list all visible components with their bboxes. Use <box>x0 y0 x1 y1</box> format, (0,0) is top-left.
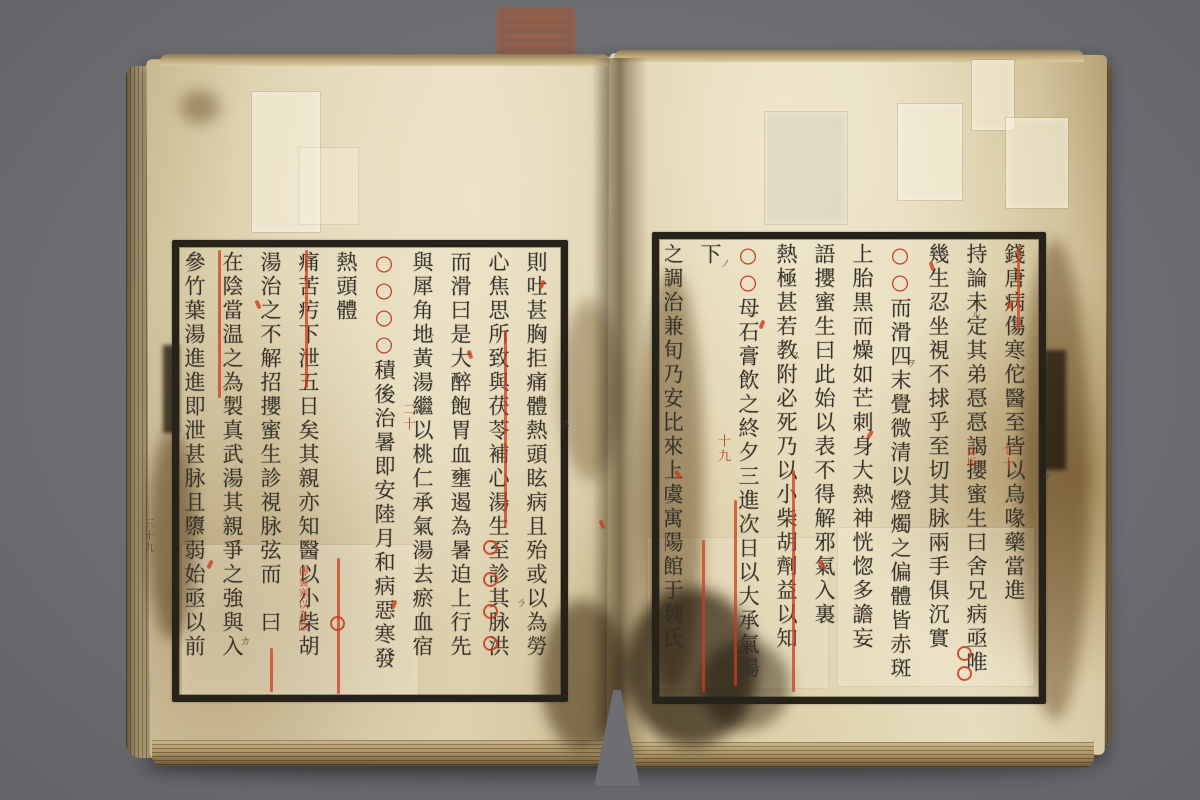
text-column: 語攖蜜生曰此始以表不得解邪氣入裏 <box>805 243 843 693</box>
kunten-gloss: ス <box>556 418 571 429</box>
vermilion-line <box>734 500 737 686</box>
left-page-text-frame: 則吐甚胸拒痛體熱頭眩病且殆或以為勞 心焦思所致與茯苓補心湯生至診其脉洪 而滑曰是… <box>172 240 568 702</box>
vermilion-line <box>1017 246 1020 330</box>
text-column: 幾生忍坐視不捄乎至切其脉兩手俱沉實 <box>919 243 957 693</box>
text-column: 湯治之不解招攖蜜生診視脉弦而𢚩曰 <box>251 251 289 691</box>
kunten-gloss: ス <box>786 350 801 361</box>
vermilion-line <box>792 470 795 692</box>
vermilion-line <box>305 250 308 388</box>
vermilion-circle <box>483 540 498 555</box>
repair-patch <box>765 112 847 224</box>
text-column: 而滑曰是大醉飽胃血壅遏為暑迫上行先 <box>441 251 479 691</box>
case-number-mark: 七十 <box>997 442 1016 472</box>
kunten-gloss: ラ <box>512 598 527 609</box>
text-column: 心焦思所致與茯苓補心湯生至診其脉洪 <box>479 251 517 691</box>
stain <box>180 90 220 124</box>
folio-number-on-fold: 三十九 <box>140 518 155 554</box>
vermilion-line <box>218 250 221 398</box>
vermilion-circle <box>330 616 345 631</box>
left-page-top-edge <box>160 54 610 66</box>
stain <box>560 300 620 480</box>
photograph-backdrop: 則吐甚胸拒痛體熱頭眩病且殆或以為勞 心焦思所致與茯苓補心湯生至診其脉洪 而滑曰是… <box>0 0 1200 800</box>
vermilion-circle <box>483 636 498 651</box>
red-gloss: 首坂 <box>962 446 977 468</box>
vermilion-line <box>270 648 273 692</box>
vermilion-line <box>504 330 507 526</box>
left-page-text-block: 則吐甚胸拒痛體熱頭眩病且殆或以為勞 心焦思所致與茯苓補心湯生至診其脉洪 而滑曰是… <box>185 251 555 691</box>
text-column: 則吐甚胸拒痛體熱頭眩病且殆或以為勞 <box>517 251 555 691</box>
left-page-bottom-edge <box>152 740 614 766</box>
kunten-gloss: ヘ <box>420 328 435 339</box>
case-number-mark: 二十 <box>398 402 417 432</box>
repair-patch <box>1006 118 1068 208</box>
repair-patch <box>300 148 358 224</box>
kunten-gloss: カ <box>236 636 251 647</box>
kunten-gloss: テ <box>1038 472 1053 483</box>
red-interlinear-gloss: 傳裏寒以為陰 <box>294 566 309 632</box>
vermilion-circle <box>957 646 972 661</box>
kunten-gloss: ノ <box>716 258 731 269</box>
vermilion-circle <box>483 572 498 587</box>
vermilion-circle <box>957 666 972 681</box>
vermilion-circle <box>483 604 498 619</box>
text-column: ○○而滑四末覺微清以燈燭之偏體皆赤斑 <box>881 243 919 693</box>
kunten-gloss: ヲ <box>902 358 917 369</box>
text-column: 熱極甚若教附必死乃以小柴胡劑益以知 <box>767 243 805 693</box>
text-column: 之調治兼旬乃安比來上虞寓陽館于魏氏 <box>665 243 691 693</box>
text-column: 參竹葉湯進進即泄甚脉且隳弱始亟以前 <box>185 251 213 691</box>
fold-text-smudge <box>1044 350 1066 470</box>
case-number-mark: 十九 <box>713 434 732 464</box>
repair-patch <box>898 104 962 200</box>
kunten-gloss: スル <box>967 298 982 320</box>
text-column: 上胎黒而燥如芒刺身大熱神恍惚多譫妄 <box>843 243 881 693</box>
right-page-text-frame: 錢唐病傷寒佗醫至皆以烏喙藥當進 持論未定其弟㥑㥑謁攖蜜生曰舍兄病亟唯 幾生忍坐視… <box>652 232 1046 704</box>
kunten-gloss: ニ <box>300 428 315 439</box>
text-column: 與犀角地黃湯繼以桃仁承氣湯去瘀血宿 <box>403 251 441 691</box>
vermilion-line <box>702 540 705 692</box>
